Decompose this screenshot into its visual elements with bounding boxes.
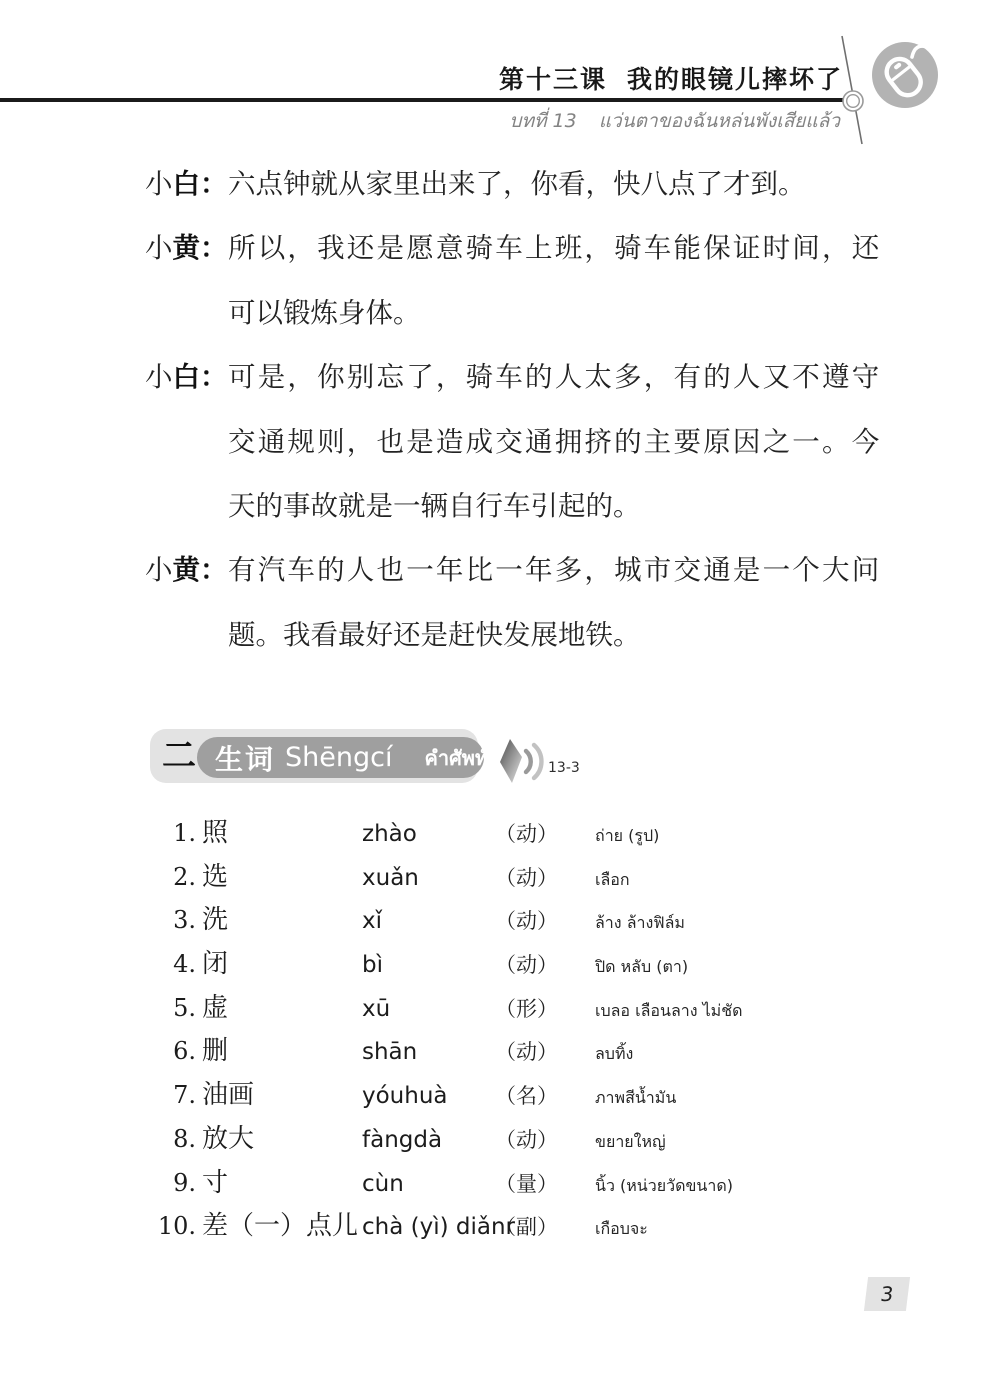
- lesson-title-cn: 我的眼镜儿摔坏了: [627, 65, 843, 94]
- lesson-title-th: แว่นตาของฉันหล่นพังเสียแล้ว: [599, 110, 840, 132]
- section-title-pinyin: Shēngcí: [285, 742, 392, 773]
- section-title-thai: คำศัพท์: [424, 742, 488, 774]
- vocab-pos: （动）: [495, 949, 595, 979]
- speaker-prefix: 小: [145, 152, 173, 216]
- vocab-pinyin: yóuhuà: [362, 1083, 495, 1109]
- vocab-pinyin: xuǎn: [362, 865, 495, 891]
- vocab-hanzi: 洗: [202, 899, 362, 936]
- page-number: 3: [864, 1277, 910, 1311]
- vocab-number: 6.: [156, 1037, 196, 1065]
- vocab-list: 1. 照 zhào （动） ถ่าย (รูป) 2. 选 xuǎn （动） เ…: [156, 812, 876, 1249]
- vocab-hanzi: 差（一）点儿: [202, 1205, 362, 1242]
- vocab-hanzi: 选: [202, 856, 362, 893]
- vocab-thai-meaning: เกือบจะ: [595, 1217, 876, 1242]
- vocab-row: 4. 闭 bì （动） ปิด หลับ (ตา): [156, 943, 876, 987]
- speaker-prefix: 小: [145, 345, 173, 409]
- vocab-number: 5.: [156, 994, 196, 1022]
- speaker-label: 小 白：: [145, 152, 225, 216]
- dialogue-line: 六点钟就从家里出来了，你看，快八点了才到。: [228, 152, 885, 216]
- vocab-row: 2. 选 xuǎn （动） เลือก: [156, 856, 876, 900]
- dialogue-text: 六点钟就从家里出来了，你看，快八点了才到。: [228, 152, 885, 216]
- dialogue-text: 所以，我还是愿意骑车上班，骑车能保证时间，还 可以锻炼身体。: [228, 216, 885, 345]
- dialogue-line: 可以锻炼身体。: [228, 281, 885, 345]
- vocab-hanzi: 删: [202, 1030, 362, 1067]
- speaker-name: 白：: [173, 152, 228, 216]
- speaker-prefix: 小: [145, 538, 173, 602]
- dialogue-line: 天的事故就是一辆自行车引起的。: [228, 474, 885, 538]
- dialogue-text: 可是，你别忘了，骑车的人太多，有的人又不遵守 交通规则，也是造成交通拥挤的主要原…: [228, 345, 885, 538]
- vocab-pinyin: fàngdà: [362, 1127, 495, 1153]
- vocab-row: 6. 删 shān （动） ลบทิ้ง: [156, 1030, 876, 1074]
- lesson-subtitle-thai: บทที่ 13แว่นตาของฉันหล่นพังเสียแล้ว: [509, 106, 840, 136]
- vocab-hanzi: 照: [202, 812, 362, 849]
- vocab-pos: （副）: [495, 1211, 595, 1241]
- vocab-pinyin: shān: [362, 1039, 495, 1065]
- vocab-pos: （形）: [495, 993, 595, 1023]
- vocab-thai-meaning: ขยายใหญ่: [595, 1130, 876, 1155]
- vocab-row: 9. 寸 cùn （量） นิ้ว (หน่วยวัดขนาด): [156, 1162, 876, 1206]
- vocab-row: 8. 放大 fàngdà （动） ขยายใหญ่: [156, 1118, 876, 1162]
- vocab-thai-meaning: ถ่าย (รูป): [595, 824, 876, 849]
- corner-decoration: [830, 30, 975, 155]
- vocab-pinyin: zhào: [362, 821, 495, 847]
- vocab-pos: （量）: [495, 1168, 595, 1198]
- vocab-thai-meaning: เบลอ เลือนลาง ไม่ชัด: [595, 999, 876, 1024]
- vocab-number: 8.: [156, 1125, 196, 1153]
- diagonal-line: [842, 36, 862, 144]
- vocab-pinyin: bì: [362, 952, 495, 978]
- vocab-pos: （名）: [495, 1080, 595, 1110]
- speaker-name: 白：: [173, 345, 228, 409]
- vocab-hanzi: 虚: [202, 987, 362, 1024]
- vocab-hanzi: 油画: [202, 1074, 362, 1111]
- speaker-label: 小 黄：: [145, 538, 225, 602]
- vocab-pos: （动）: [495, 1124, 595, 1154]
- speaker-prefix: 小: [145, 216, 173, 280]
- lesson-number-cn: 第十三课: [499, 65, 607, 94]
- vocab-pinyin: xū: [362, 996, 495, 1022]
- vocab-number: 10.: [156, 1212, 196, 1240]
- mouse-icon: [872, 42, 938, 108]
- vocab-row: 10. 差（一）点儿 chà (yì) diǎnr （副） เกือบจะ: [156, 1205, 876, 1249]
- dialogue-line: 所以，我还是愿意骑车上班，骑车能保证时间，还: [228, 216, 885, 280]
- vocab-number: 1.: [156, 819, 196, 847]
- vocab-pos: （动）: [495, 818, 595, 848]
- vocab-thai-meaning: ปิด หลับ (ตา): [595, 955, 876, 980]
- lesson-title: 第十三课我的眼镜儿摔坏了: [499, 60, 843, 96]
- vocab-thai-meaning: เลือก: [595, 868, 876, 893]
- vocab-thai-meaning: ลบทิ้ง: [595, 1042, 876, 1067]
- dialogue-line: 题。我看最好还是赶快发展地铁。: [228, 603, 885, 667]
- vocab-pinyin: chà (yì) diǎnr: [362, 1214, 495, 1240]
- vocab-row: 5. 虚 xū （形） เบลอ เลือนลาง ไม่ชัด: [156, 987, 876, 1031]
- dialogue-line: 交通规则，也是造成交通拥挤的主要原因之一。今: [228, 410, 885, 474]
- vocab-row: 1. 照 zhào （动） ถ่าย (รูป): [156, 812, 876, 856]
- dialogue-block-2: 小 黄： 所以，我还是愿意骑车上班，骑车能保证时间，还 可以锻炼身体。: [145, 216, 885, 345]
- dialogue-block-3: 小 白： 可是，你别忘了，骑车的人太多，有的人又不遵守 交通规则，也是造成交通拥…: [145, 345, 885, 538]
- speaker-label: 小 黄：: [145, 216, 225, 280]
- dialogue-line: 有汽车的人也一年比一年多，城市交通是一个大问: [228, 538, 885, 602]
- speaker-icon: [498, 736, 546, 788]
- vocab-hanzi: 闭: [202, 943, 362, 980]
- vocab-number: 2.: [156, 863, 196, 891]
- vocab-pinyin: cùn: [362, 1171, 495, 1197]
- vocab-pos: （动）: [495, 862, 595, 892]
- vocab-thai-meaning: นิ้ว (หน่วยวัดขนาด): [595, 1174, 876, 1199]
- section-title-cn: 生词: [215, 738, 275, 778]
- dialogue-section: 小 白： 六点钟就从家里出来了，你看，快八点了才到。 小 黄： 所以，我还是愿意…: [145, 152, 885, 667]
- vocab-pos: （动）: [495, 905, 595, 935]
- vocab-thai-meaning: ล้าง ล้างฟิล์ม: [595, 911, 876, 936]
- section-number: 二: [162, 736, 196, 776]
- vocab-hanzi: 寸: [202, 1162, 362, 1199]
- vocab-number: 7.: [156, 1081, 196, 1109]
- vocab-row: 3. 洗 xǐ （动） ล้าง ล้างฟิล์ม: [156, 899, 876, 943]
- vocab-hanzi: 放大: [202, 1118, 362, 1155]
- dialogue-block-1: 小 白： 六点钟就从家里出来了，你看，快八点了才到。: [145, 152, 885, 216]
- speaker-name: 黄：: [173, 216, 228, 280]
- dialogue-text: 有汽车的人也一年比一年多，城市交通是一个大问 题。我看最好还是赶快发展地铁。: [228, 538, 885, 667]
- dialogue-line: 可是，你别忘了，骑车的人太多，有的人又不遵守: [228, 345, 885, 409]
- speaker-name: 黄：: [173, 538, 228, 602]
- vocab-number: 3.: [156, 906, 196, 934]
- speaker-label: 小 白：: [145, 345, 225, 409]
- textbook-page: 第十三课我的眼镜儿摔坏了 บทที่ 13แว่นตาของฉันหล่นพัง…: [0, 0, 1005, 1400]
- vocab-number: 4.: [156, 950, 196, 978]
- dialogue-block-4: 小 黄： 有汽车的人也一年比一年多，城市交通是一个大问 题。我看最好还是赶快发展…: [145, 538, 885, 667]
- lesson-number-th: บทที่ 13: [509, 110, 576, 132]
- audio-track-number: 13-3: [548, 760, 580, 776]
- vocab-pos: （动）: [495, 1036, 595, 1066]
- audio-track: 13-3: [498, 736, 618, 792]
- vocab-pinyin: xǐ: [362, 908, 495, 934]
- section-title-pill: 生词 Shēngcí คำศัพท์: [197, 737, 484, 778]
- vocab-number: 9.: [156, 1169, 196, 1197]
- vocab-row: 7. 油画 yóuhuà （名） ภาพสีน้ำมัน: [156, 1074, 876, 1118]
- vocab-thai-meaning: ภาพสีน้ำมัน: [595, 1086, 876, 1111]
- header-rule: [0, 98, 843, 102]
